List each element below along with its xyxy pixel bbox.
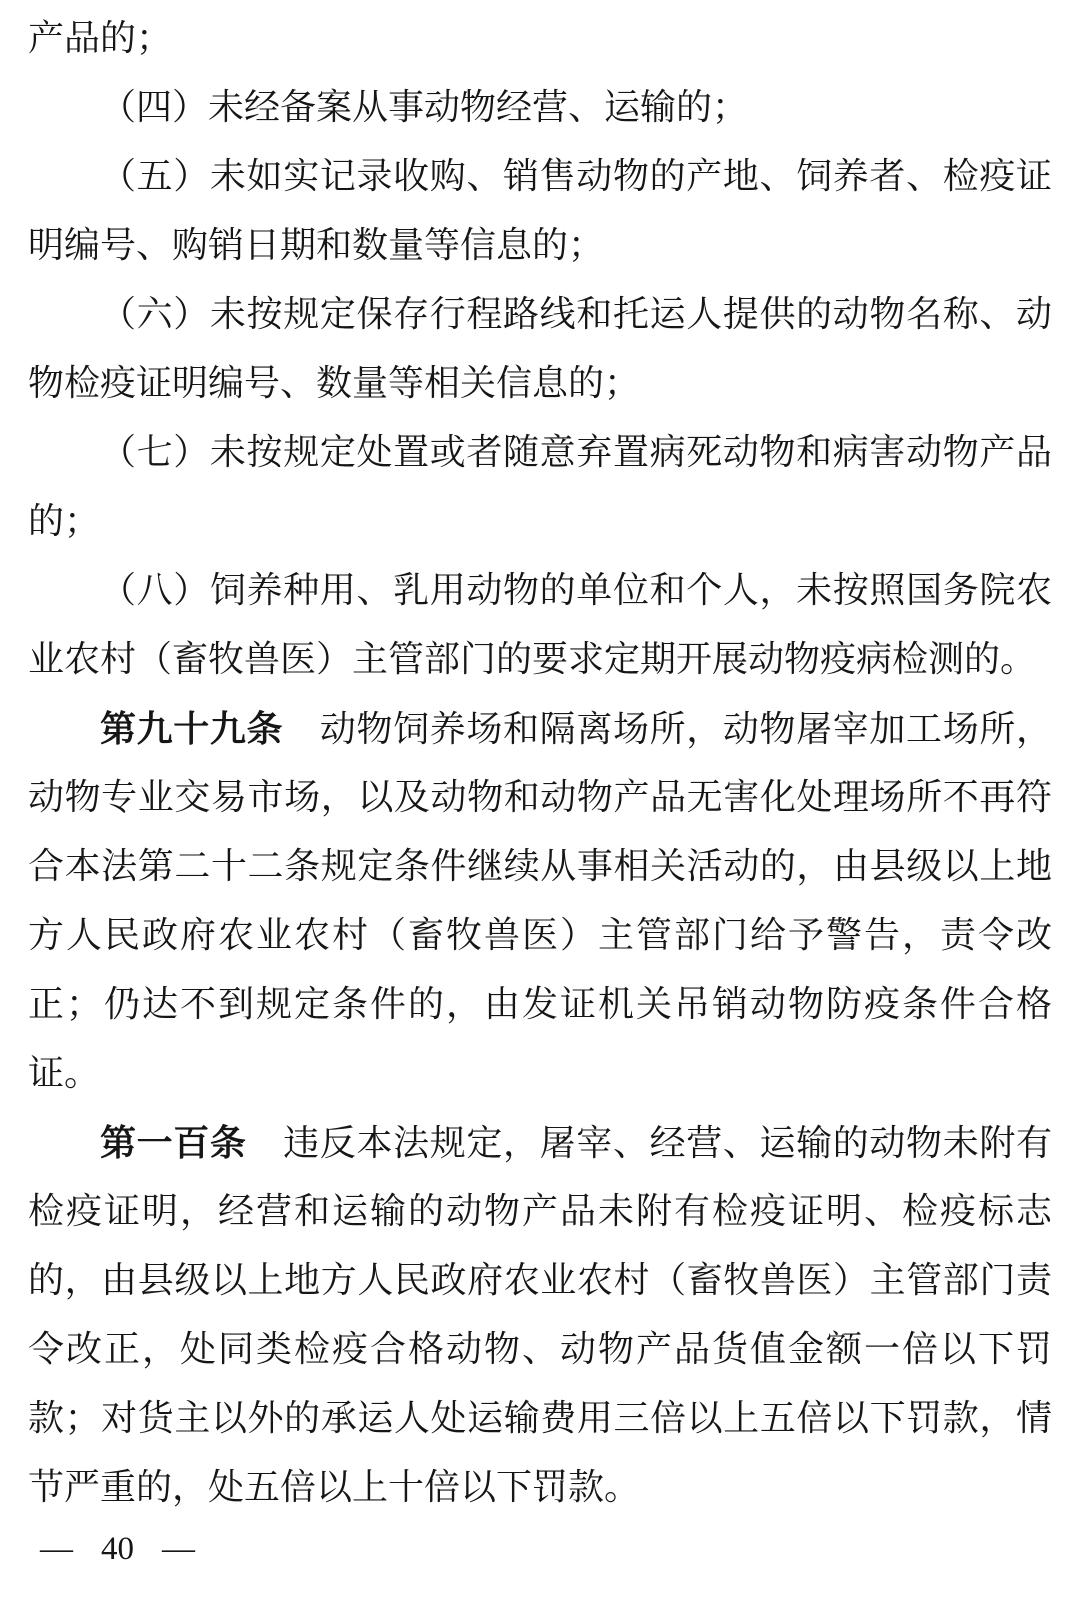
item-7: （七）未按规定处置或者随意弃置病死动物和病害动物产品的； — [28, 418, 1052, 556]
text-segment: （五）未如实记录收购、销售动物的产地、饲养者、检疫证 — [100, 156, 1052, 196]
text-line: 款；对货主以外的承运人处运输费用三倍以上五倍以下罚款，情 — [28, 1384, 1052, 1453]
item-6: （六）未按规定保存行程路线和托运人提供的动物名称、动物检疫证明编号、数量等相关信… — [28, 280, 1052, 418]
text-segment: 的，由县级以上地方人民政府农业农村（畜牧兽医）主管部门责 — [28, 1260, 1052, 1300]
text-segment: 节严重的，处五倍以上十倍以下罚款。 — [28, 1467, 640, 1507]
text-line: 产品的； — [28, 4, 1052, 73]
text-segment: 令改正，处同类检疫合格动物、动物产品货值金额一倍以下罚 — [28, 1329, 1052, 1369]
page-number: 40 — [101, 1529, 134, 1569]
text-line: 方人民政府农业农村（畜牧兽医）主管部门给予警告，责令改 — [28, 901, 1052, 970]
text-line: 物检疫证明编号、数量等相关信息的； — [28, 349, 1052, 418]
document-page: 产品的；（四）未经备案从事动物经营、运输的；（五）未如实记录收购、销售动物的产地… — [0, 0, 1080, 1597]
text-line: （八）饲养种用、乳用动物的单位和个人，未按照国务院农 — [28, 556, 1052, 625]
text-line: （六）未按规定保存行程路线和托运人提供的动物名称、动 — [28, 280, 1052, 349]
text-segment: （七）未按规定处置或者随意弃置病死动物和病害动物产品 — [100, 432, 1052, 472]
text-segment: 产品的； — [28, 18, 172, 58]
footer-dash-right: — — [162, 1529, 195, 1569]
item-5: （五）未如实记录收购、销售动物的产地、饲养者、检疫证明编号、购销日期和数量等信息… — [28, 142, 1052, 280]
text-segment: 检疫证明，经营和运输的动物产品未附有检疫证明、检疫标志 — [28, 1191, 1052, 1231]
text-line: 动物专业交易市场，以及动物和动物产品无害化处理场所不再符 — [28, 763, 1052, 832]
text-segment: （六）未按规定保存行程路线和托运人提供的动物名称、动 — [100, 294, 1052, 334]
text-segment: 合本法第二十二条规定条件继续从事相关活动的，由县级以上地 — [28, 846, 1052, 886]
text-segment: 方人民政府农业农村（畜牧兽医）主管部门给予警告，责令改 — [28, 915, 1052, 955]
text-line: 第九十九条 动物饲养场和隔离场所，动物屠宰加工场所， — [28, 694, 1052, 763]
article-99: 第九十九条 动物饲养场和隔离场所，动物屠宰加工场所，动物专业交易市场，以及动物和… — [28, 694, 1052, 1108]
text-line: 业农村（畜牧兽医）主管部门的要求定期开展动物疫病检测的。 — [28, 625, 1052, 694]
text-segment: 动物专业交易市场，以及动物和动物产品无害化处理场所不再符 — [28, 777, 1052, 817]
paragraph-continuation: 产品的； — [28, 4, 1052, 73]
text-line: 的； — [28, 487, 1052, 556]
text-segment: 动物饲养场和隔离场所，动物屠宰加工场所， — [283, 709, 1052, 749]
text-line: 第一百条 违反本法规定，屠宰、经营、运输的动物未附有 — [28, 1108, 1052, 1177]
text-segment: 正；仍达不到规定条件的，由发证机关吊销动物防疫条件合格 — [28, 984, 1052, 1024]
text-segment: （八）饲养种用、乳用动物的单位和个人，未按照国务院农 — [100, 570, 1052, 610]
text-line: （七）未按规定处置或者随意弃置病死动物和病害动物产品 — [28, 418, 1052, 487]
text-segment: 的； — [28, 501, 100, 541]
text-segment: （四）未经备案从事动物经营、运输的； — [100, 87, 748, 127]
text-segment: 证。 — [28, 1053, 100, 1093]
item-4: （四）未经备案从事动物经营、运输的； — [28, 73, 1052, 142]
text-segment: 款；对货主以外的承运人处运输费用三倍以上五倍以下罚款，情 — [28, 1398, 1052, 1438]
text-line: 的，由县级以上地方人民政府农业农村（畜牧兽医）主管部门责 — [28, 1246, 1052, 1315]
article-100: 第一百条 违反本法规定，屠宰、经营、运输的动物未附有检疫证明，经营和运输的动物产… — [28, 1108, 1052, 1522]
text-line: 检疫证明，经营和运输的动物产品未附有检疫证明、检疫标志 — [28, 1177, 1052, 1246]
text-line: 正；仍达不到规定条件的，由发证机关吊销动物防疫条件合格 — [28, 970, 1052, 1039]
text-line: 明编号、购销日期和数量等信息的； — [28, 211, 1052, 280]
text-segment: 违反本法规定，屠宰、经营、运输的动物未附有 — [247, 1123, 1052, 1163]
text-line: 令改正，处同类检疫合格动物、动物产品货值金额一倍以下罚 — [28, 1315, 1052, 1384]
text-line: 合本法第二十二条规定条件继续从事相关活动的，由县级以上地 — [28, 832, 1052, 901]
text-line: 证。 — [28, 1039, 1052, 1108]
text-line: 节严重的，处五倍以上十倍以下罚款。 — [28, 1453, 1052, 1522]
footer-dash-left: — — [40, 1529, 73, 1569]
page-footer: — 40 — — [40, 1529, 195, 1569]
text-line: （四）未经备案从事动物经营、运输的； — [28, 73, 1052, 142]
article-number: 第九十九条 — [100, 708, 283, 749]
text-segment: 业农村（畜牧兽医）主管部门的要求定期开展动物疫病检测的。 — [28, 639, 1036, 679]
item-8: （八）饲养种用、乳用动物的单位和个人，未按照国务院农业农村（畜牧兽医）主管部门的… — [28, 556, 1052, 694]
text-segment: 明编号、购销日期和数量等信息的； — [28, 225, 604, 265]
text-segment: 物检疫证明编号、数量等相关信息的； — [28, 363, 640, 403]
text-line: （五）未如实记录收购、销售动物的产地、饲养者、检疫证 — [28, 142, 1052, 211]
document-body: 产品的；（四）未经备案从事动物经营、运输的；（五）未如实记录收购、销售动物的产地… — [28, 4, 1052, 1522]
article-number: 第一百条 — [100, 1122, 247, 1163]
